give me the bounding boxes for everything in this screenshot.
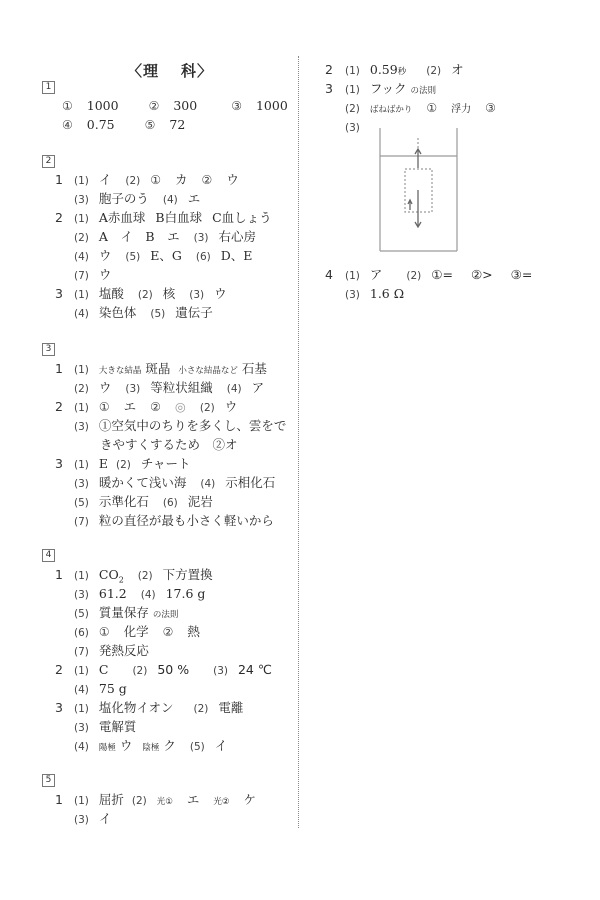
s2-q3-row-2: (4)染色体(5)遺伝子 — [74, 305, 213, 322]
s5-q3-row-3: (3) — [345, 119, 370, 136]
s2-q2-row-4: (7)ウ — [74, 267, 111, 284]
s3-q3-row-2: (3)暖かくて浅い海(4)示相化石 — [74, 475, 275, 492]
s1-answer-4: 0.75 — [87, 117, 115, 132]
s3-q3-row-1: (1)E(2)チャート — [74, 456, 191, 473]
s4-q1-number: 1 — [55, 567, 63, 582]
s4-q3-row-1: (1)塩化物イオン(2)電離 — [74, 700, 243, 717]
s5-q1-number: 1 — [55, 792, 63, 807]
s3-q1-row-2: (2)ウ(3)等粒状組織(4)ア — [74, 380, 264, 397]
s2-q2-number: 2 — [55, 210, 63, 225]
s1-row-2: ④0.75⑤72 — [62, 117, 185, 133]
s4-q3-number: 3 — [55, 700, 63, 715]
s2-q1-row-1: (1)イ(2)①カ②ウ — [74, 172, 239, 189]
s2-q2-row-2: (2)A イ B エ(3)右心房 — [74, 229, 256, 246]
s1-answer-3: 1000 — [256, 98, 288, 113]
s5-q2-number: 2 — [325, 62, 333, 77]
s4-q2-row-1: (1)C(2)50 %(3)24 ℃ — [74, 662, 272, 679]
s4-q1-row-5: (7)発熱反応 — [74, 643, 149, 660]
s4-q2-row-2: (4)75 g — [74, 681, 127, 698]
s5-q1-row-2: (3)イ — [74, 811, 111, 828]
s1-row-1: ①1000②300③1000 — [62, 98, 288, 114]
s1-answer-1: 1000 — [87, 98, 119, 113]
s3-q1-number: 1 — [55, 361, 63, 376]
section-number-5: 5 — [42, 774, 55, 787]
s4-q1-row-3: (5)質量保存 の法則 — [74, 605, 178, 623]
section-number-4: 4 — [42, 549, 55, 562]
column-divider — [298, 56, 299, 828]
section-number-2: 2 — [42, 155, 55, 168]
s3-q2-row-2: (3)①空気中のちりを多くし、雲をで — [74, 418, 286, 435]
section-number-1: 1 — [42, 81, 55, 94]
s5-q1-row-1: (1)屈折(2)光①エ光②ケ — [74, 792, 256, 810]
page-title: 〈理科〉 — [110, 60, 230, 81]
s3-q2-number: 2 — [55, 399, 63, 414]
title-left: 〈理 — [127, 62, 159, 80]
s4-q1-row-4: (6)①化学②熱 — [74, 624, 200, 641]
s2-q1-number: 1 — [55, 172, 63, 187]
s3-q3-row-4: (7)粒の直径が最も小さく軽いから — [74, 513, 274, 530]
s2-q2-row-3: (4)ウ(5)E、G(6)D、E — [74, 248, 252, 265]
s3-q3-number: 3 — [55, 456, 63, 471]
s2-q3-number: 3 — [55, 286, 63, 301]
buoyancy-force-diagram — [370, 125, 470, 260]
s4-q2-number: 2 — [55, 662, 63, 677]
s2-q1-row-2: (3)胞子のう(4)エ — [74, 191, 200, 208]
s5-q2-row-1: (1)0.59秒(2)オ — [345, 62, 464, 80]
title-right: 科〉 — [181, 62, 213, 80]
s5-q3-number: 3 — [325, 81, 333, 96]
s3-q1-row-1: (1)大きな結晶 斑晶小さな結晶など 石基 — [74, 361, 267, 379]
s3-q3-row-3: (5)示準化石(6)泥岩 — [74, 494, 213, 511]
section-number-3: 3 — [42, 343, 55, 356]
s5-q4-number: 4 — [325, 267, 333, 282]
s1-answer-5: 72 — [169, 117, 185, 132]
s3-q2-row-1: (1)①エ②◎(2)ウ — [74, 399, 237, 416]
s3-q2-row-3: きやすくするため ②オ — [100, 437, 238, 453]
s4-q1-row-2: (3)61.2(4)17.6 g — [74, 586, 205, 603]
s4-q3-row-2: (3)電解質 — [74, 719, 136, 736]
s2-q2-row-1: (1)A赤血球B白血球C血しょう — [74, 210, 272, 227]
s1-answer-2: 300 — [173, 98, 197, 113]
s5-q4-row-1: (1)ア(2)①=②>③= — [345, 267, 532, 284]
answer-sheet-page: 〈理科〉 1 ①1000②300③1000 ④0.75⑤72 2 1 (1)イ(… — [0, 0, 600, 900]
s5-q4-row-2: (3)1.6 Ω — [345, 286, 404, 303]
s5-q3-row-2: (2)ばねばかり①浮力③ — [345, 100, 496, 118]
s2-q3-row-1: (1)塩酸(2)核(3)ウ — [74, 286, 227, 303]
s5-q3-row-1: (1)フック の法則 — [345, 81, 436, 99]
s4-q3-row-3: (4)陽極 ウ陰極 ク(5)イ — [74, 738, 227, 756]
